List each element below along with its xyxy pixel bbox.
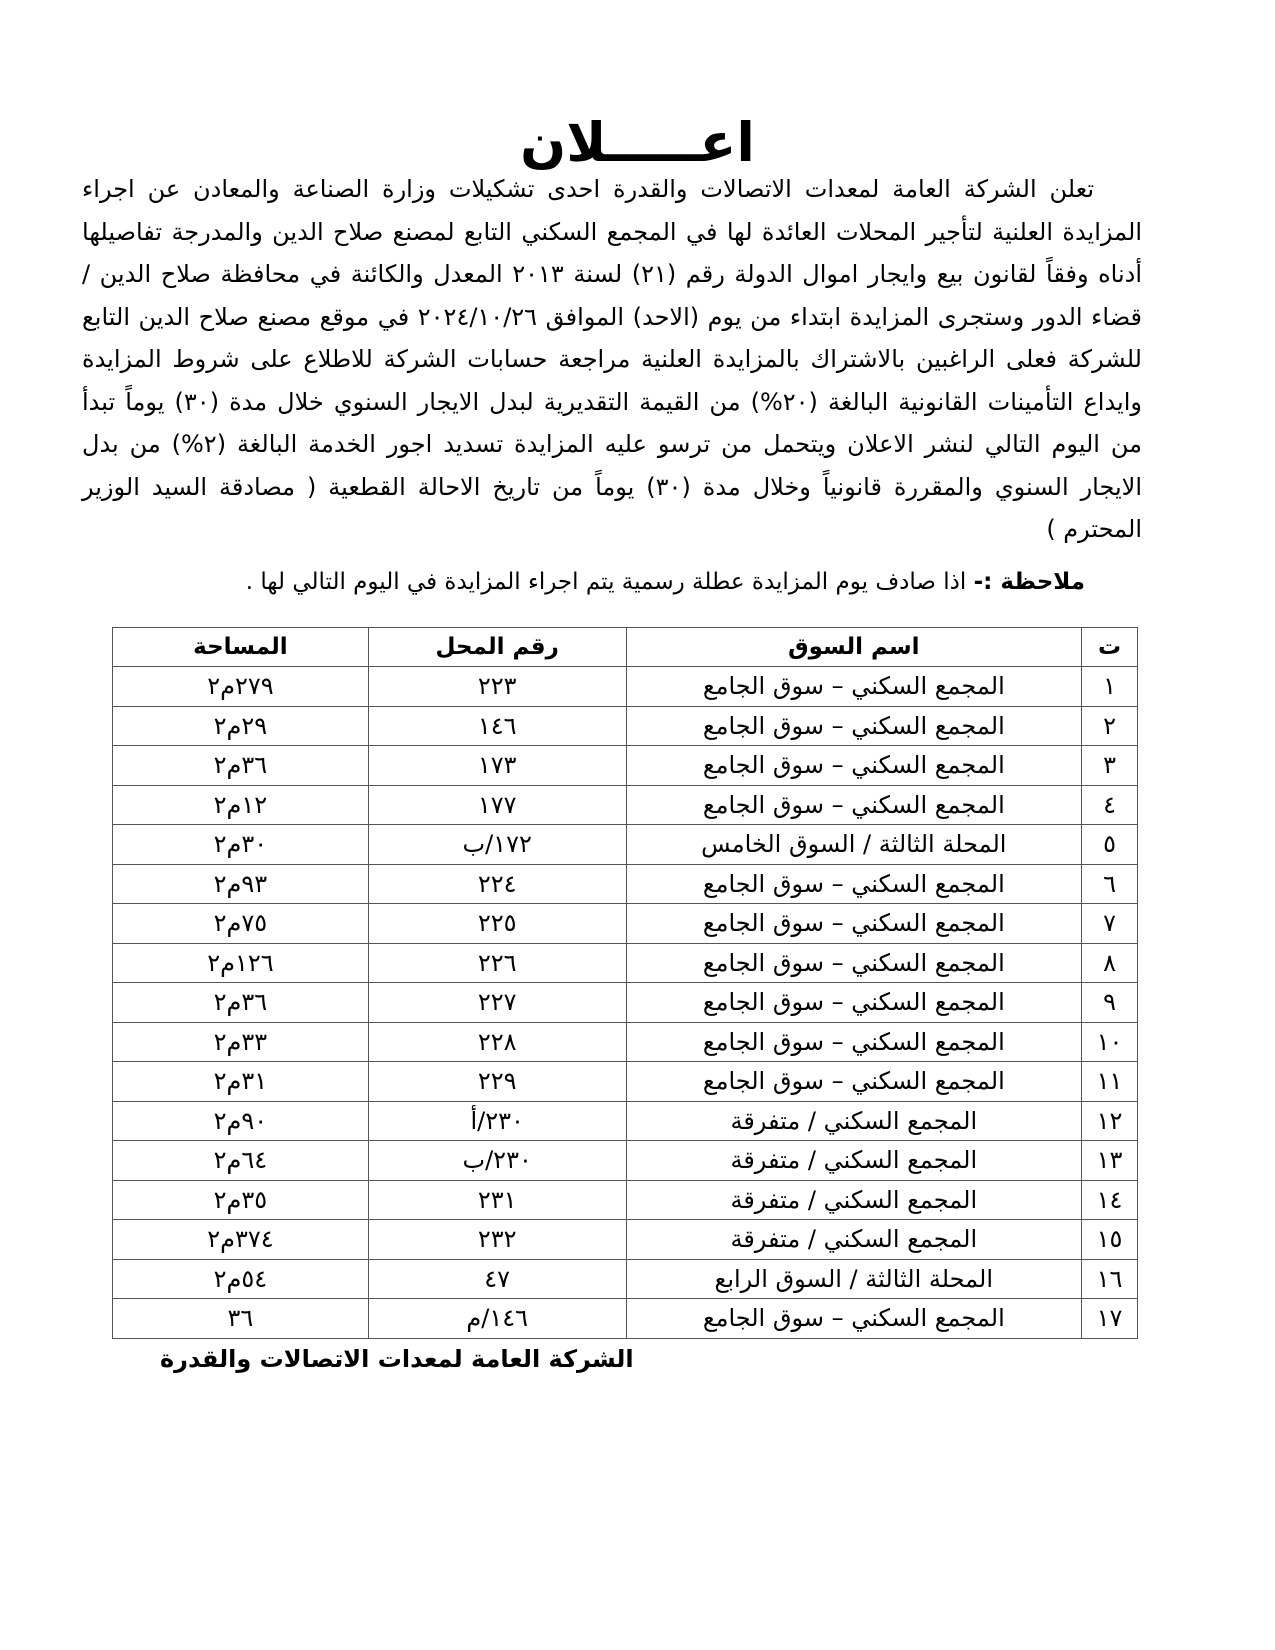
- cell-market: المجمع السكني / متفرقة: [626, 1101, 1082, 1141]
- cell-shop: ١٧٧: [368, 785, 626, 825]
- header-shop: رقم المحل: [368, 628, 626, 667]
- table-row: ٨المجمع السكني – سوق الجامع٢٢٦١٢٦م٢: [113, 943, 1138, 983]
- cell-area: ٩٠م٢: [113, 1101, 369, 1141]
- cell-market: المجمع السكني – سوق الجامع: [626, 706, 1082, 746]
- header-no: ت: [1082, 628, 1138, 667]
- cell-market: المجمع السكني – سوق الجامع: [626, 667, 1082, 707]
- cell-market: المجمع السكني – سوق الجامع: [626, 904, 1082, 944]
- cell-market: المجمع السكني – سوق الجامع: [626, 943, 1082, 983]
- cell-area: ٣٣م٢: [113, 1022, 369, 1062]
- cell-market: المجمع السكني / متفرقة: [626, 1220, 1082, 1260]
- table-row: ١المجمع السكني – سوق الجامع٢٢٣٢٧٩م٢: [113, 667, 1138, 707]
- table-row: ١٧المجمع السكني – سوق الجامع١٤٦/م٣٦: [113, 1299, 1138, 1339]
- table-row: ٥المحلة الثالثة / السوق الخامس١٧٢/ب٣٠م٢: [113, 825, 1138, 865]
- cell-area: ٢٧٩م٢: [113, 667, 369, 707]
- company-signature: الشركة العامة لمعدات الاتصالات والقدرة: [160, 1345, 634, 1373]
- cell-no: ٢: [1082, 706, 1138, 746]
- cell-shop: ٢٢٤: [368, 864, 626, 904]
- cell-area: ٣٦م٢: [113, 983, 369, 1023]
- cell-shop: ٢٣١: [368, 1180, 626, 1220]
- cell-no: ٤: [1082, 785, 1138, 825]
- table-row: ٤المجمع السكني – سوق الجامع١٧٧١٢م٢: [113, 785, 1138, 825]
- cell-no: ٩: [1082, 983, 1138, 1023]
- cell-market: المحلة الثالثة / السوق الخامس: [626, 825, 1082, 865]
- cell-shop: ٢٣٠/أ: [368, 1101, 626, 1141]
- table-row: ٩المجمع السكني – سوق الجامع٢٢٧٣٦م٢: [113, 983, 1138, 1023]
- cell-area: ٣٠م٢: [113, 825, 369, 865]
- shops-table: ت اسم السوق رقم المحل المساحة ١المجمع ال…: [112, 627, 1138, 1339]
- cell-market: المجمع السكني – سوق الجامع: [626, 864, 1082, 904]
- cell-market: المجمع السكني – سوق الجامع: [626, 983, 1082, 1023]
- header-area: المساحة: [113, 628, 369, 667]
- cell-area: ٣٦م٢: [113, 746, 369, 786]
- table-row: ١٠المجمع السكني – سوق الجامع٢٢٨٣٣م٢: [113, 1022, 1138, 1062]
- cell-no: ٥: [1082, 825, 1138, 865]
- cell-area: ٣١م٢: [113, 1062, 369, 1102]
- cell-no: ١١: [1082, 1062, 1138, 1102]
- table-row: ٣المجمع السكني – سوق الجامع١٧٣٣٦م٢: [113, 746, 1138, 786]
- cell-no: ١٤: [1082, 1180, 1138, 1220]
- table-row: ١٢المجمع السكني / متفرقة٢٣٠/أ٩٠م٢: [113, 1101, 1138, 1141]
- cell-shop: ٢٢٧: [368, 983, 626, 1023]
- cell-market: المحلة الثالثة / السوق الرابع: [626, 1259, 1082, 1299]
- note-label: ملاحظة :-: [974, 569, 1085, 595]
- cell-area: ٣٧٤م٢: [113, 1220, 369, 1260]
- cell-shop: ٢٢٦: [368, 943, 626, 983]
- table-row: ٦المجمع السكني – سوق الجامع٢٢٤٩٣م٢: [113, 864, 1138, 904]
- cell-market: المجمع السكني – سوق الجامع: [626, 785, 1082, 825]
- cell-area: ٥٤م٢: [113, 1259, 369, 1299]
- cell-no: ٣: [1082, 746, 1138, 786]
- header-market: اسم السوق: [626, 628, 1082, 667]
- cell-market: المجمع السكني / متفرقة: [626, 1141, 1082, 1181]
- cell-area: ٣٥م٢: [113, 1180, 369, 1220]
- cell-shop: ٢٣٠/ب: [368, 1141, 626, 1181]
- cell-area: ٩٣م٢: [113, 864, 369, 904]
- cell-no: ٨: [1082, 943, 1138, 983]
- cell-market: المجمع السكني – سوق الجامع: [626, 1299, 1082, 1339]
- table-header-row: ت اسم السوق رقم المحل المساحة: [113, 628, 1138, 667]
- cell-shop: ١٤٦: [368, 706, 626, 746]
- cell-shop: ٢٣٢: [368, 1220, 626, 1260]
- announcement-page: اعـــــلان تعلن الشركة العامة لمعدات الا…: [0, 0, 1275, 1650]
- cell-shop: ٤٧: [368, 1259, 626, 1299]
- cell-no: ١٧: [1082, 1299, 1138, 1339]
- table-row: ١٣المجمع السكني / متفرقة٢٣٠/ب٦٤م٢: [113, 1141, 1138, 1181]
- note-text: اذا صادف يوم المزايدة عطلة رسمية يتم اجر…: [246, 569, 974, 595]
- table-row: ١١المجمع السكني – سوق الجامع٢٢٩٣١م٢: [113, 1062, 1138, 1102]
- cell-area: ٦٤م٢: [113, 1141, 369, 1181]
- cell-area: ٢٩م٢: [113, 706, 369, 746]
- cell-area: ٧٥م٢: [113, 904, 369, 944]
- cell-shop: ٢٢٥: [368, 904, 626, 944]
- cell-shop: ١٧٣: [368, 746, 626, 786]
- cell-no: ١٥: [1082, 1220, 1138, 1260]
- cell-shop: ٢٢٨: [368, 1022, 626, 1062]
- announcement-body: تعلن الشركة العامة لمعدات الاتصالات والق…: [82, 168, 1142, 551]
- cell-no: ١٣: [1082, 1141, 1138, 1181]
- cell-no: ١٢: [1082, 1101, 1138, 1141]
- cell-no: ١: [1082, 667, 1138, 707]
- cell-area: ١٢م٢: [113, 785, 369, 825]
- cell-no: ٧: [1082, 904, 1138, 944]
- cell-no: ١٦: [1082, 1259, 1138, 1299]
- cell-area: ٣٦: [113, 1299, 369, 1339]
- announcement-paragraph: تعلن الشركة العامة لمعدات الاتصالات والق…: [82, 168, 1142, 551]
- cell-market: المجمع السكني – سوق الجامع: [626, 1062, 1082, 1102]
- note: ملاحظة :- اذا صادف يوم المزايدة عطلة رسم…: [246, 562, 1085, 602]
- table-row: ٧المجمع السكني – سوق الجامع٢٢٥٧٥م٢: [113, 904, 1138, 944]
- table-row: ١٤المجمع السكني / متفرقة٢٣١٣٥م٢: [113, 1180, 1138, 1220]
- cell-market: المجمع السكني – سوق الجامع: [626, 746, 1082, 786]
- table-row: ١٦المحلة الثالثة / السوق الرابع٤٧٥٤م٢: [113, 1259, 1138, 1299]
- cell-shop: ٢٢٣: [368, 667, 626, 707]
- cell-market: المجمع السكني – سوق الجامع: [626, 1022, 1082, 1062]
- table-body: ١المجمع السكني – سوق الجامع٢٢٣٢٧٩م٢ ٢الم…: [113, 667, 1138, 1339]
- cell-shop: ١٧٢/ب: [368, 825, 626, 865]
- cell-shop: ١٤٦/م: [368, 1299, 626, 1339]
- cell-no: ٦: [1082, 864, 1138, 904]
- table-row: ١٥المجمع السكني / متفرقة٢٣٢٣٧٤م٢: [113, 1220, 1138, 1260]
- cell-no: ١٠: [1082, 1022, 1138, 1062]
- cell-shop: ٢٢٩: [368, 1062, 626, 1102]
- table-row: ٢المجمع السكني – سوق الجامع١٤٦٢٩م٢: [113, 706, 1138, 746]
- cell-market: المجمع السكني / متفرقة: [626, 1180, 1082, 1220]
- cell-area: ١٢٦م٢: [113, 943, 369, 983]
